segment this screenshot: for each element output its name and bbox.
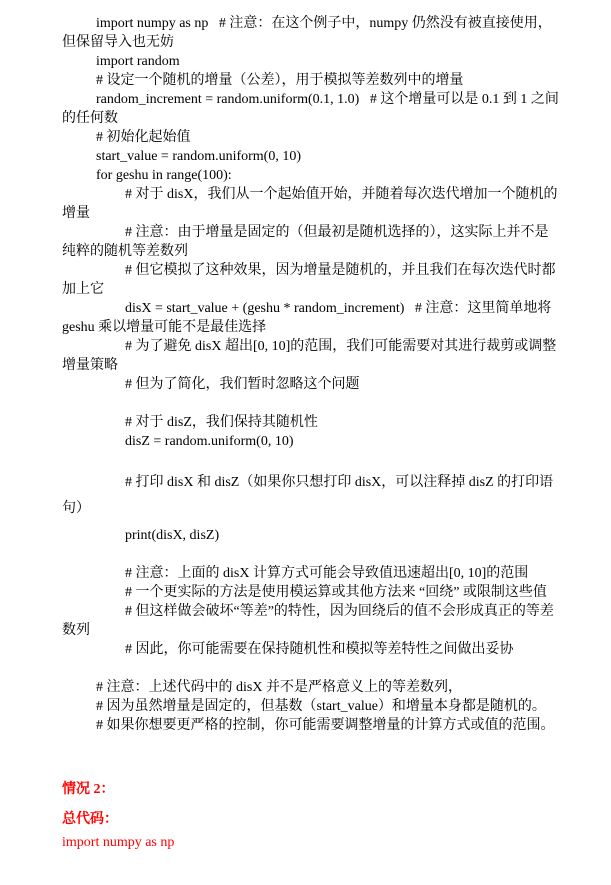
code-comment: # 但这样做会破坏“等差”的特性，因为回绕后的值不会形成真正的等差数列	[62, 602, 560, 640]
blank-line	[62, 545, 560, 564]
code-comment: # 初始化起始值	[62, 128, 560, 147]
code-comment: # 注意：上述代码中的 disX 并不是严格意义上的等差数列，	[62, 678, 560, 697]
code-comment: # 对于 disZ，我们保持其随机性	[62, 413, 560, 432]
code-comment: # 注意：上面的 disX 计算方式可能会导致值迅速超出[0, 10]的范围	[62, 564, 560, 583]
code-line: print(disX, disZ)	[62, 526, 560, 545]
code-comment: # 因为虽然增量是固定的，但基数（start_value）和增量本身都是随机的。	[62, 697, 560, 716]
code-comment: # 对于 disX，我们从一个起始值开始，并随着每次迭代增加一个随机的增量	[62, 185, 560, 223]
code-line: start_value = random.uniform(0, 10)	[62, 147, 560, 166]
code-line: for geshu in range(100):	[62, 166, 560, 185]
code-line: random_increment = random.uniform(0.1, 1…	[62, 90, 560, 128]
code-comment: # 注意：由于增量是固定的（但最初是随机选择的），这实际上并不是纯粹的随机等差数…	[62, 223, 560, 261]
code-comment: # 但它模拟了这种效果，因为增量是随机的，并且我们在每次迭代时都加上它	[62, 261, 560, 299]
code-line: import numpy as np # 注意：在这个例子中，numpy 仍然没…	[62, 14, 560, 52]
subheading: 总代码：	[62, 807, 560, 833]
code-comment: # 因此，你可能需要在保持随机性和模拟等差特性之间做出妥协	[62, 640, 560, 659]
blank-line	[62, 735, 560, 773]
code-line: import numpy as np	[62, 833, 560, 852]
section-heading: 情况 2：	[62, 777, 560, 803]
code-line: disZ = random.uniform(0, 10)	[62, 432, 560, 451]
code-comment: # 但为了简化，我们暂时忽略这个问题	[62, 375, 560, 394]
code-comment: # 为了避免 disX 超出[0, 10]的范围，我们可能需要对其进行裁剪或调整…	[62, 337, 560, 375]
code-comment: # 设定一个随机的增量（公差），用于模拟等差数列中的增量	[62, 71, 560, 90]
code-comment: # 如果你想要更严格的控制，你可能需要调整增量的计算方式或值的范围。	[62, 716, 560, 735]
code-comment: # 一个更实际的方法是使用模运算或其他方法来 “回绕” 或限制这些值	[62, 583, 560, 602]
code-line: import random	[62, 52, 560, 71]
blank-line	[62, 659, 560, 678]
code-line: disX = start_value + (geshu * random_inc…	[62, 299, 560, 337]
blank-line	[62, 451, 560, 470]
document-page: import numpy as np # 注意：在这个例子中，numpy 仍然没…	[62, 14, 560, 852]
code-comment: # 打印 disX 和 disZ（如果你只想打印 disX，可以注释掉 disZ…	[62, 470, 560, 522]
blank-line	[62, 394, 560, 413]
